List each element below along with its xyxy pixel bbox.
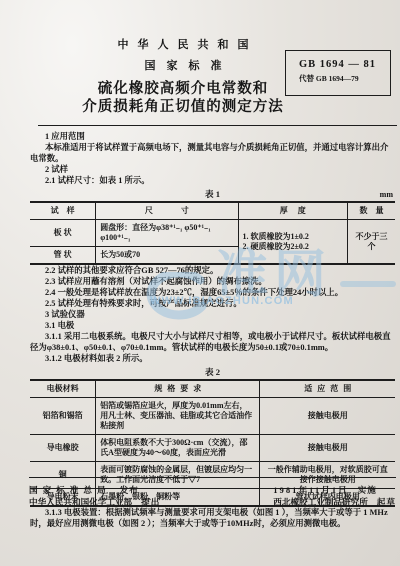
table1-thickness-cell: 1. 软质橡胶为1±0.2 2. 硬质橡胶为2±0.2 xyxy=(238,220,348,265)
document-body: 1 应用范围 本标准适用于将试样置于高频电场下，测量其电容与介质损耗角正切值，并… xyxy=(30,131,395,529)
header-divider xyxy=(38,125,397,126)
table1-row-plate: 板 状 圆盘形：直径为φ38⁺¹₋₁ φ50⁺¹₋₁ φ100⁺¹₋₁ 1. 软… xyxy=(30,220,395,247)
table1-plate-label: 板 状 xyxy=(30,220,96,247)
table2-material-foil: 铝箔和锡箔 xyxy=(30,398,96,435)
paragraph-2-5: 2.5 试样处理有特殊要求时，可按产品标准规定进行。 xyxy=(30,298,395,309)
table1-caption: 表 1 xyxy=(205,189,220,199)
paragraph-2-2: 2.2 试样的其他要求应符合GB 527—76的规定。 xyxy=(30,265,395,276)
standard-code: GB 1694 — 81 xyxy=(299,59,390,70)
drafter-action: 起草 xyxy=(377,497,396,507)
paragraph-3-1-1: 3.1.1 采用二电极系统。电极尺寸大小与试样尺寸相等，或电极小于试样尺寸。板状… xyxy=(30,331,395,353)
section-3-heading: 3 试验仪器 xyxy=(30,309,395,320)
table2-spec-rubber: 体积电阻系数不大于300Ω·cm（交流），邵氏A型硬度为40～60度，表面应光滑 xyxy=(96,435,260,462)
table2-range-foil: 接触电极用 xyxy=(260,398,395,435)
table2-caption: 表 2 xyxy=(205,367,220,377)
table1-tube-label: 管 状 xyxy=(30,247,96,265)
paragraph-2-1: 2.1 试样尺寸：如表 1 所示。 xyxy=(30,175,395,186)
table1-thickness-line2: 2. 硬质橡胶为2±0.2 xyxy=(243,242,344,252)
footer-left: 国家标准总局发布 中华人民共和国化学工业部提出 xyxy=(29,484,160,508)
publisher-action: 发布 xyxy=(120,485,139,495)
footer-publisher-line: 国家标准总局发布 xyxy=(29,484,160,496)
footer-proposer-line: 中华人民共和国化学工业部提出 xyxy=(29,496,160,508)
paragraph-2-3: 2.3 试样应用蘸有溶剂（对试样不起腐蚀作用）的绸布擦洗。 xyxy=(30,276,395,287)
table1-plate-size: 圆盘形：直径为φ38⁺¹₋₁ φ50⁺¹₋₁ φ100⁺¹₋₁ xyxy=(96,220,238,247)
footer-drafter-line: 西北橡胶工业制品研究所起草 xyxy=(273,496,396,508)
table1-header-size: 尺寸 xyxy=(96,202,238,220)
footer-right: 1981年11月1日实施 西北橡胶工业制品研究所起草 xyxy=(273,484,396,508)
table2-header-range: 适应范围 xyxy=(260,380,395,398)
standard-code-box: GB 1694 — 81 代替 GB 1694—79 xyxy=(285,50,391,96)
table1-header-row: 试 样 尺寸 厚度 数 量 xyxy=(30,202,395,220)
implementation-date: 1981年11月1日 xyxy=(273,485,348,495)
table2-spec-foil: 铝箔或锡箔应退火，厚度为0.01mm左右，用凡士林、变压器油、硅脂或其它合适油作… xyxy=(96,398,260,435)
section-2-heading: 2 试样 xyxy=(30,164,395,175)
table2-header-spec: 规格要求 xyxy=(96,380,260,398)
document-footer: 国家标准总局发布 中华人民共和国化学工业部提出 1981年11月1日实施 西北橡… xyxy=(29,477,396,508)
standard-document-page: 准网 WWW.IBIAOZHUN.COM 中华人民共和国 国家标准 硫化橡胶高频… xyxy=(0,0,400,566)
table1-quantity-cell: 不少于三个 xyxy=(348,220,395,265)
table2-material-rubber: 导电橡胶 xyxy=(30,435,96,462)
proposer-action: 提出 xyxy=(141,497,160,507)
table2-caption-row: 表 2 xyxy=(30,366,395,378)
proposer-name: 中华人民共和国化学工业部 xyxy=(29,497,132,507)
document-header: 中华人民共和国 国家标准 硫化橡胶高频介电常数和 介质损耗角正切值的测定方法 G… xyxy=(0,0,400,116)
table1-caption-row: 表 1 mm xyxy=(30,188,395,200)
table1-tube-size: 长为50或70 xyxy=(96,247,238,265)
paragraph-2-4: 2.4 一般处理是将试样放在温度为23±2℃，湿度65±5％的条件下处理24小时… xyxy=(30,287,395,298)
table2-row-conductive-rubber: 导电橡胶 体积电阻系数不大于300Ω·cm（交流），邵氏A型硬度为40～60度，… xyxy=(30,435,395,462)
document-title-line2: 介质损耗角正切值的测定方法 xyxy=(0,98,366,116)
table2-header-row: 电极材料 规格要求 适应范围 xyxy=(30,380,395,398)
section-1-heading: 1 应用范围 xyxy=(30,131,395,142)
paragraph-3-1-3: 3.1.3 电极装置：根据测试频率与测量要求可用支架电极（如图 1 ），当频率大… xyxy=(30,507,395,529)
table1-header-thickness: 厚度 xyxy=(238,202,348,220)
paragraph-3-1-2: 3.1.2 电极材料如表 2 所示。 xyxy=(30,353,395,364)
table2-range-rubber: 接触电极用 xyxy=(260,435,395,462)
replaced-standard-code: 代替 GB 1694—79 xyxy=(299,73,390,84)
table1-header-sample: 试 样 xyxy=(30,202,96,220)
implementation-action: 实施 xyxy=(358,485,377,495)
footer-implementation-line: 1981年11月1日实施 xyxy=(273,484,396,496)
paragraph-scope: 本标准适用于将试样置于高频电场下，测量其电容与介质损耗角正切值，并通过电容计算出… xyxy=(30,142,395,164)
publisher-name: 国家标准总局 xyxy=(29,485,111,495)
drafter-name: 西北橡胶工业制品研究所 xyxy=(273,497,368,507)
table1-thickness-line1: 1. 软质橡胶为1±0.2 xyxy=(243,232,344,242)
table2-header-material: 电极材料 xyxy=(30,380,96,398)
table2-row-foil: 铝箔和锡箔 铝箔或锡箔应退火，厚度为0.01mm左右，用凡士林、变压器油、硅脂或… xyxy=(30,398,395,435)
table1-unit: mm xyxy=(380,189,393,201)
section-3-1-heading: 3.1 电极 xyxy=(30,320,395,331)
table1-header-quantity: 数 量 xyxy=(348,202,395,220)
table1: 试 样 尺寸 厚度 数 量 板 状 圆盘形：直径为φ38⁺¹₋₁ φ50⁺¹₋₁… xyxy=(30,201,395,265)
